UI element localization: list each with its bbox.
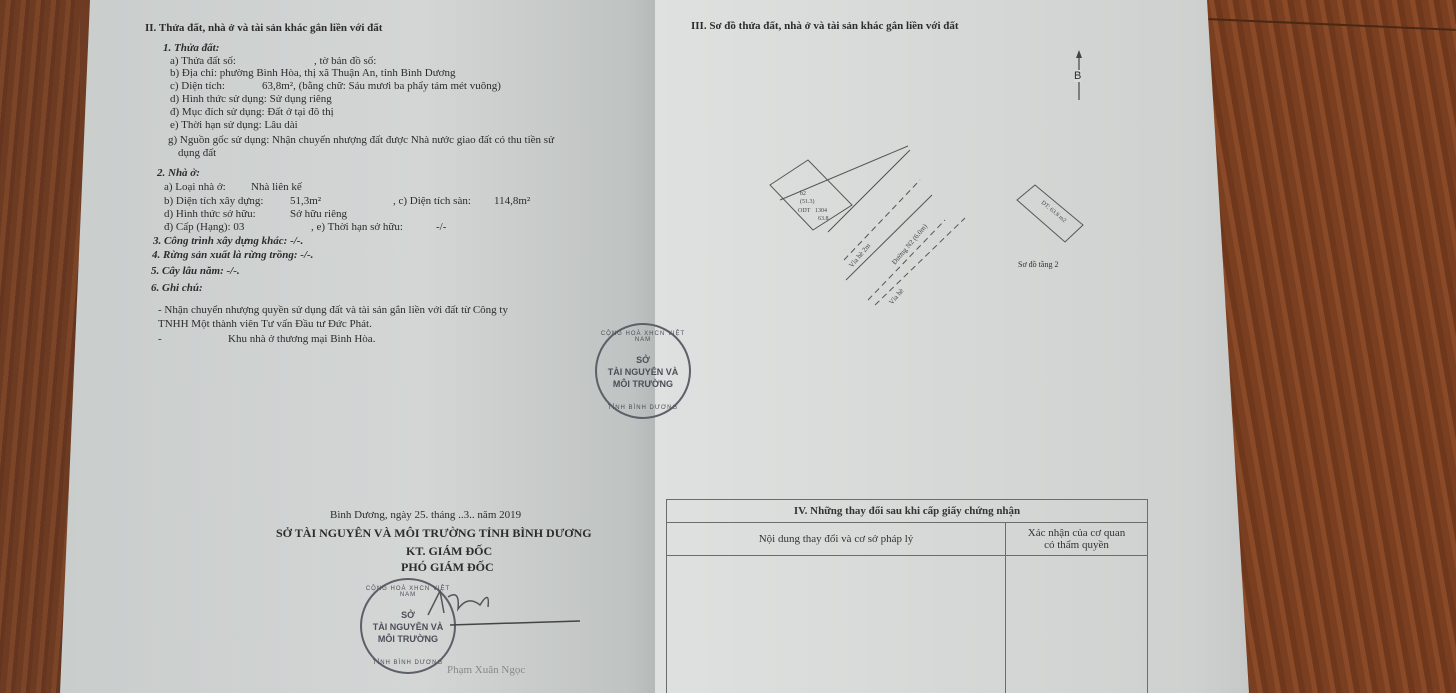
changes-table: IV. Những thay đổi sau khi cấp giấy chứn… <box>666 499 1148 693</box>
house-type-value: Nhà liên kế <box>251 181 302 194</box>
signature-role-1: KT. GIÁM ĐỐC <box>406 545 492 558</box>
land-area-value: 63,8m², (bằng chữ: Sáu mươi ba phẩy tám … <box>262 80 501 93</box>
svg-text:Vỉa hè 2m: Vỉa hè 2m <box>847 241 872 269</box>
note-line1: - Nhận chuyển nhượng quyền sử dụng đất v… <box>158 304 508 317</box>
note-line3-dash: - <box>158 333 162 346</box>
house-build-area-value: 51,3m² <box>290 195 321 208</box>
floor2-label: Sơ đồ tầng 2 <box>1018 258 1058 271</box>
land-use-purpose: đ) Mục đích sử dụng: Đất ở tại đô thị <box>170 106 334 119</box>
svg-text:b2: b2 <box>800 191 806 197</box>
land-area-label: c) Diện tích: <box>170 80 225 93</box>
item-other-works: 3. Công trình xây dựng khác: -/-. <box>153 235 303 248</box>
signature-date: Bình Dương, ngày 25. tháng ..3.. năm 201… <box>330 509 521 522</box>
note-line3: Khu nhà ở thương mại Bình Hòa. <box>228 333 375 346</box>
house-ownership-value: Sở hữu riêng <box>290 208 347 221</box>
svg-text:Đường N2 (6.0m): Đường N2 (6.0m) <box>890 222 929 266</box>
house-type-label: a) Loại nhà ở: <box>164 181 226 194</box>
signer-name: Phạm Xuân Ngọc <box>447 664 525 677</box>
house-ownership-label: d) Hình thức sở hữu: <box>164 208 256 221</box>
svg-text:63.8: 63.8 <box>818 216 829 222</box>
house-heading: 2. Nhà ở: <box>157 167 200 180</box>
signature-organization: SỞ TÀI NGUYÊN VÀ MÔI TRƯỜNG TỈNH BÌNH DƯ… <box>276 527 592 540</box>
item-production-forest: 4. Rừng sản xuất là rừng trồng: -/-. <box>152 249 313 262</box>
changes-content-cell <box>667 556 1006 693</box>
changes-confirm-cell <box>1006 556 1148 693</box>
handwritten-signature <box>420 585 590 635</box>
official-stamp-upper: CỘNG HOÀ XHCN VIỆT NAM SỞTÀI NGUYÊN VÀMÔ… <box>595 323 691 419</box>
section3-title: III. Sơ đồ thửa đất, nhà ở và tài sản kh… <box>691 20 959 33</box>
svg-text:(51.3): (51.3) <box>800 198 815 205</box>
north-arrow-icon: B <box>1071 50 1087 100</box>
note-line2: TNHH Một thành viên Tư vấn Đầu tư Đức Ph… <box>158 318 372 331</box>
land-origin-line1: g) Nguồn gốc sử dụng: Nhận chuyển nhượng… <box>168 134 554 147</box>
land-origin-line2: dụng đất <box>178 147 216 160</box>
signature-role-2: PHÓ GIÁM ĐỐC <box>401 561 494 574</box>
section2-title: II. Thửa đất, nhà ở và tài sản khác gắn … <box>145 22 382 35</box>
land-address: b) Địa chỉ: phường Bình Hòa, thị xã Thuậ… <box>170 67 456 80</box>
changes-col-content: Nội dung thay đổi và cơ sở pháp lý <box>667 523 1006 556</box>
land-use-term: e) Thời hạn sử dụng: Lâu dài <box>170 119 298 132</box>
land-parcel-diagram: b2 (51.3) ODT 1304 63.8 Đường N2 (6.0m) … <box>760 140 980 320</box>
floor2-diagram: DT: 63.8 m2 <box>1005 165 1120 255</box>
land-use-form: d) Hình thức sử dụng: Sử dụng riêng <box>170 93 332 106</box>
house-grade: đ) Cấp (Hạng): 03 <box>164 221 244 234</box>
changes-col-confirm: Xác nhận của cơ quancó thẩm quyền <box>1006 523 1148 556</box>
house-term-label: , e) Thời hạn sở hữu: <box>311 221 403 234</box>
svg-text:ODT: ODT <box>798 208 811 214</box>
land-heading: 1. Thửa đất: <box>163 42 219 55</box>
svg-text:1304: 1304 <box>815 208 827 214</box>
svg-text:DT: 63.8 m2: DT: 63.8 m2 <box>1040 200 1067 224</box>
house-build-area-label: b) Diện tích xây dựng: <box>164 195 263 208</box>
item-notes-heading: 6. Ghi chú: <box>151 282 203 295</box>
house-term-value: -/- <box>436 221 446 234</box>
section4-title: IV. Những thay đổi sau khi cấp giấy chứn… <box>667 500 1148 523</box>
item-perennial-trees: 5. Cây lâu năm: -/-. <box>151 265 240 278</box>
house-floor-area-value: 114,8m² <box>494 195 530 208</box>
house-floor-area-label: , c) Diện tích sàn: <box>393 195 471 208</box>
